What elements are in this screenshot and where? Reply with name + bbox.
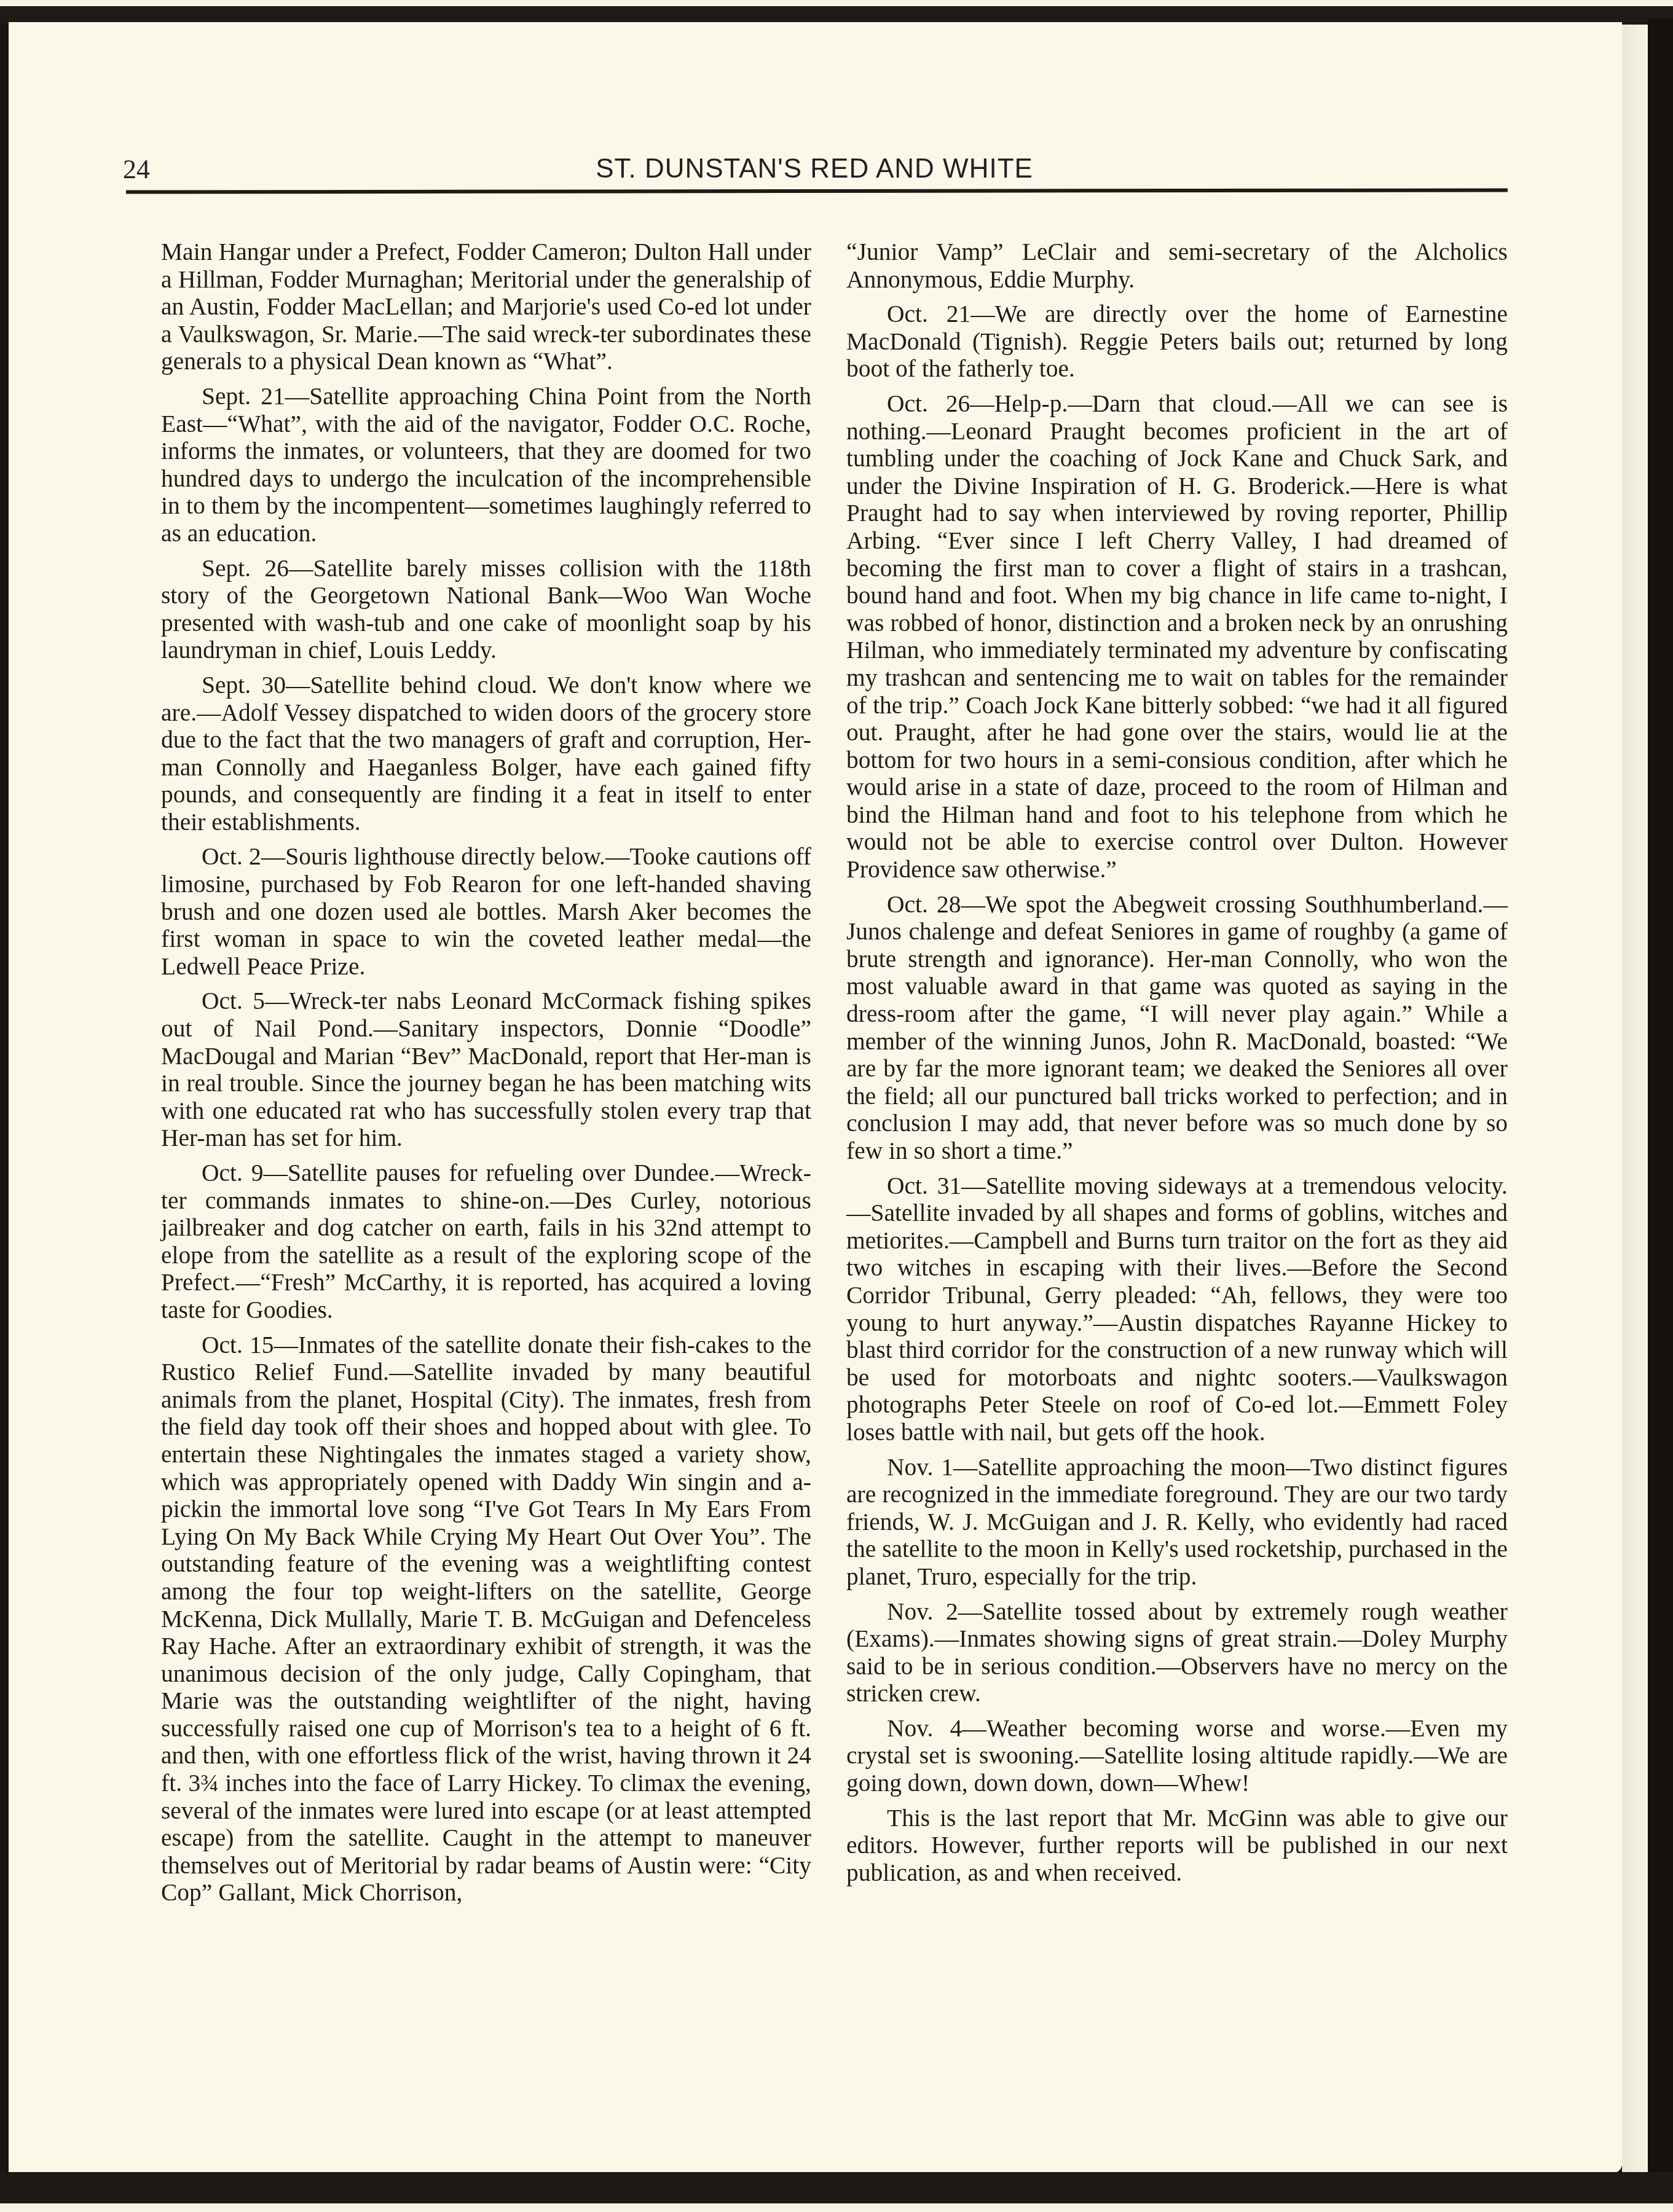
running-title: ST. DUNSTAN'S RED AND WHITE xyxy=(123,154,1506,184)
paragraph: This is the last report that Mr. McGinn … xyxy=(846,1805,1508,1887)
scan-top-border xyxy=(0,0,1673,25)
paragraph: Oct. 5—Wreck-ter nabs Leonard McCormack … xyxy=(161,987,811,1152)
page-header: 24 ST. DUNSTAN'S RED AND WHITE xyxy=(123,154,1506,190)
right-column: “Junior Vamp” LeClair and semi-secretary… xyxy=(846,238,1508,1894)
paragraph: Oct. 9—Satellite pauses for refueling ov… xyxy=(161,1159,811,1324)
left-column: Main Hangar under a Prefect, Fodder Came… xyxy=(161,238,811,1914)
paragraph: “Junior Vamp” LeClair and semi-secretary… xyxy=(846,238,1508,293)
paragraph: Oct. 26—Help-p.—Darn that cloud.—All we … xyxy=(846,390,1508,884)
paragraph: Oct. 21—We are directly over the home of… xyxy=(846,300,1508,383)
paragraph: Sept. 30—Satellite behind cloud. We don'… xyxy=(161,672,811,836)
paragraph: Sept. 21—Satellite approaching China Poi… xyxy=(161,383,811,547)
paragraph: Nov. 1—Satellite approaching the moon—Tw… xyxy=(846,1454,1508,1591)
paragraph: Main Hangar under a Prefect, Fodder Came… xyxy=(161,238,811,375)
scan-bottom-border xyxy=(0,2172,1673,2212)
paragraph: Oct. 2—Souris lighthouse directly below.… xyxy=(161,843,811,980)
paragraph: Oct. 31—Satellite moving sideways at a t… xyxy=(846,1172,1508,1446)
paragraph: Oct. 28—We spot the Abegweit crossing So… xyxy=(846,891,1508,1165)
paragraph: Nov. 4—Weather becoming worse and worse.… xyxy=(846,1715,1508,1797)
paragraph: Oct. 15—Inmates of the satellite donate … xyxy=(161,1332,811,1907)
scan-right-border xyxy=(1648,18,1673,2194)
paragraph: Nov. 2—Satellite tossed about by extreme… xyxy=(846,1598,1508,1708)
page-edge xyxy=(1622,25,1648,2175)
paragraph: Sept. 26—Satellite barely misses collisi… xyxy=(161,555,811,664)
